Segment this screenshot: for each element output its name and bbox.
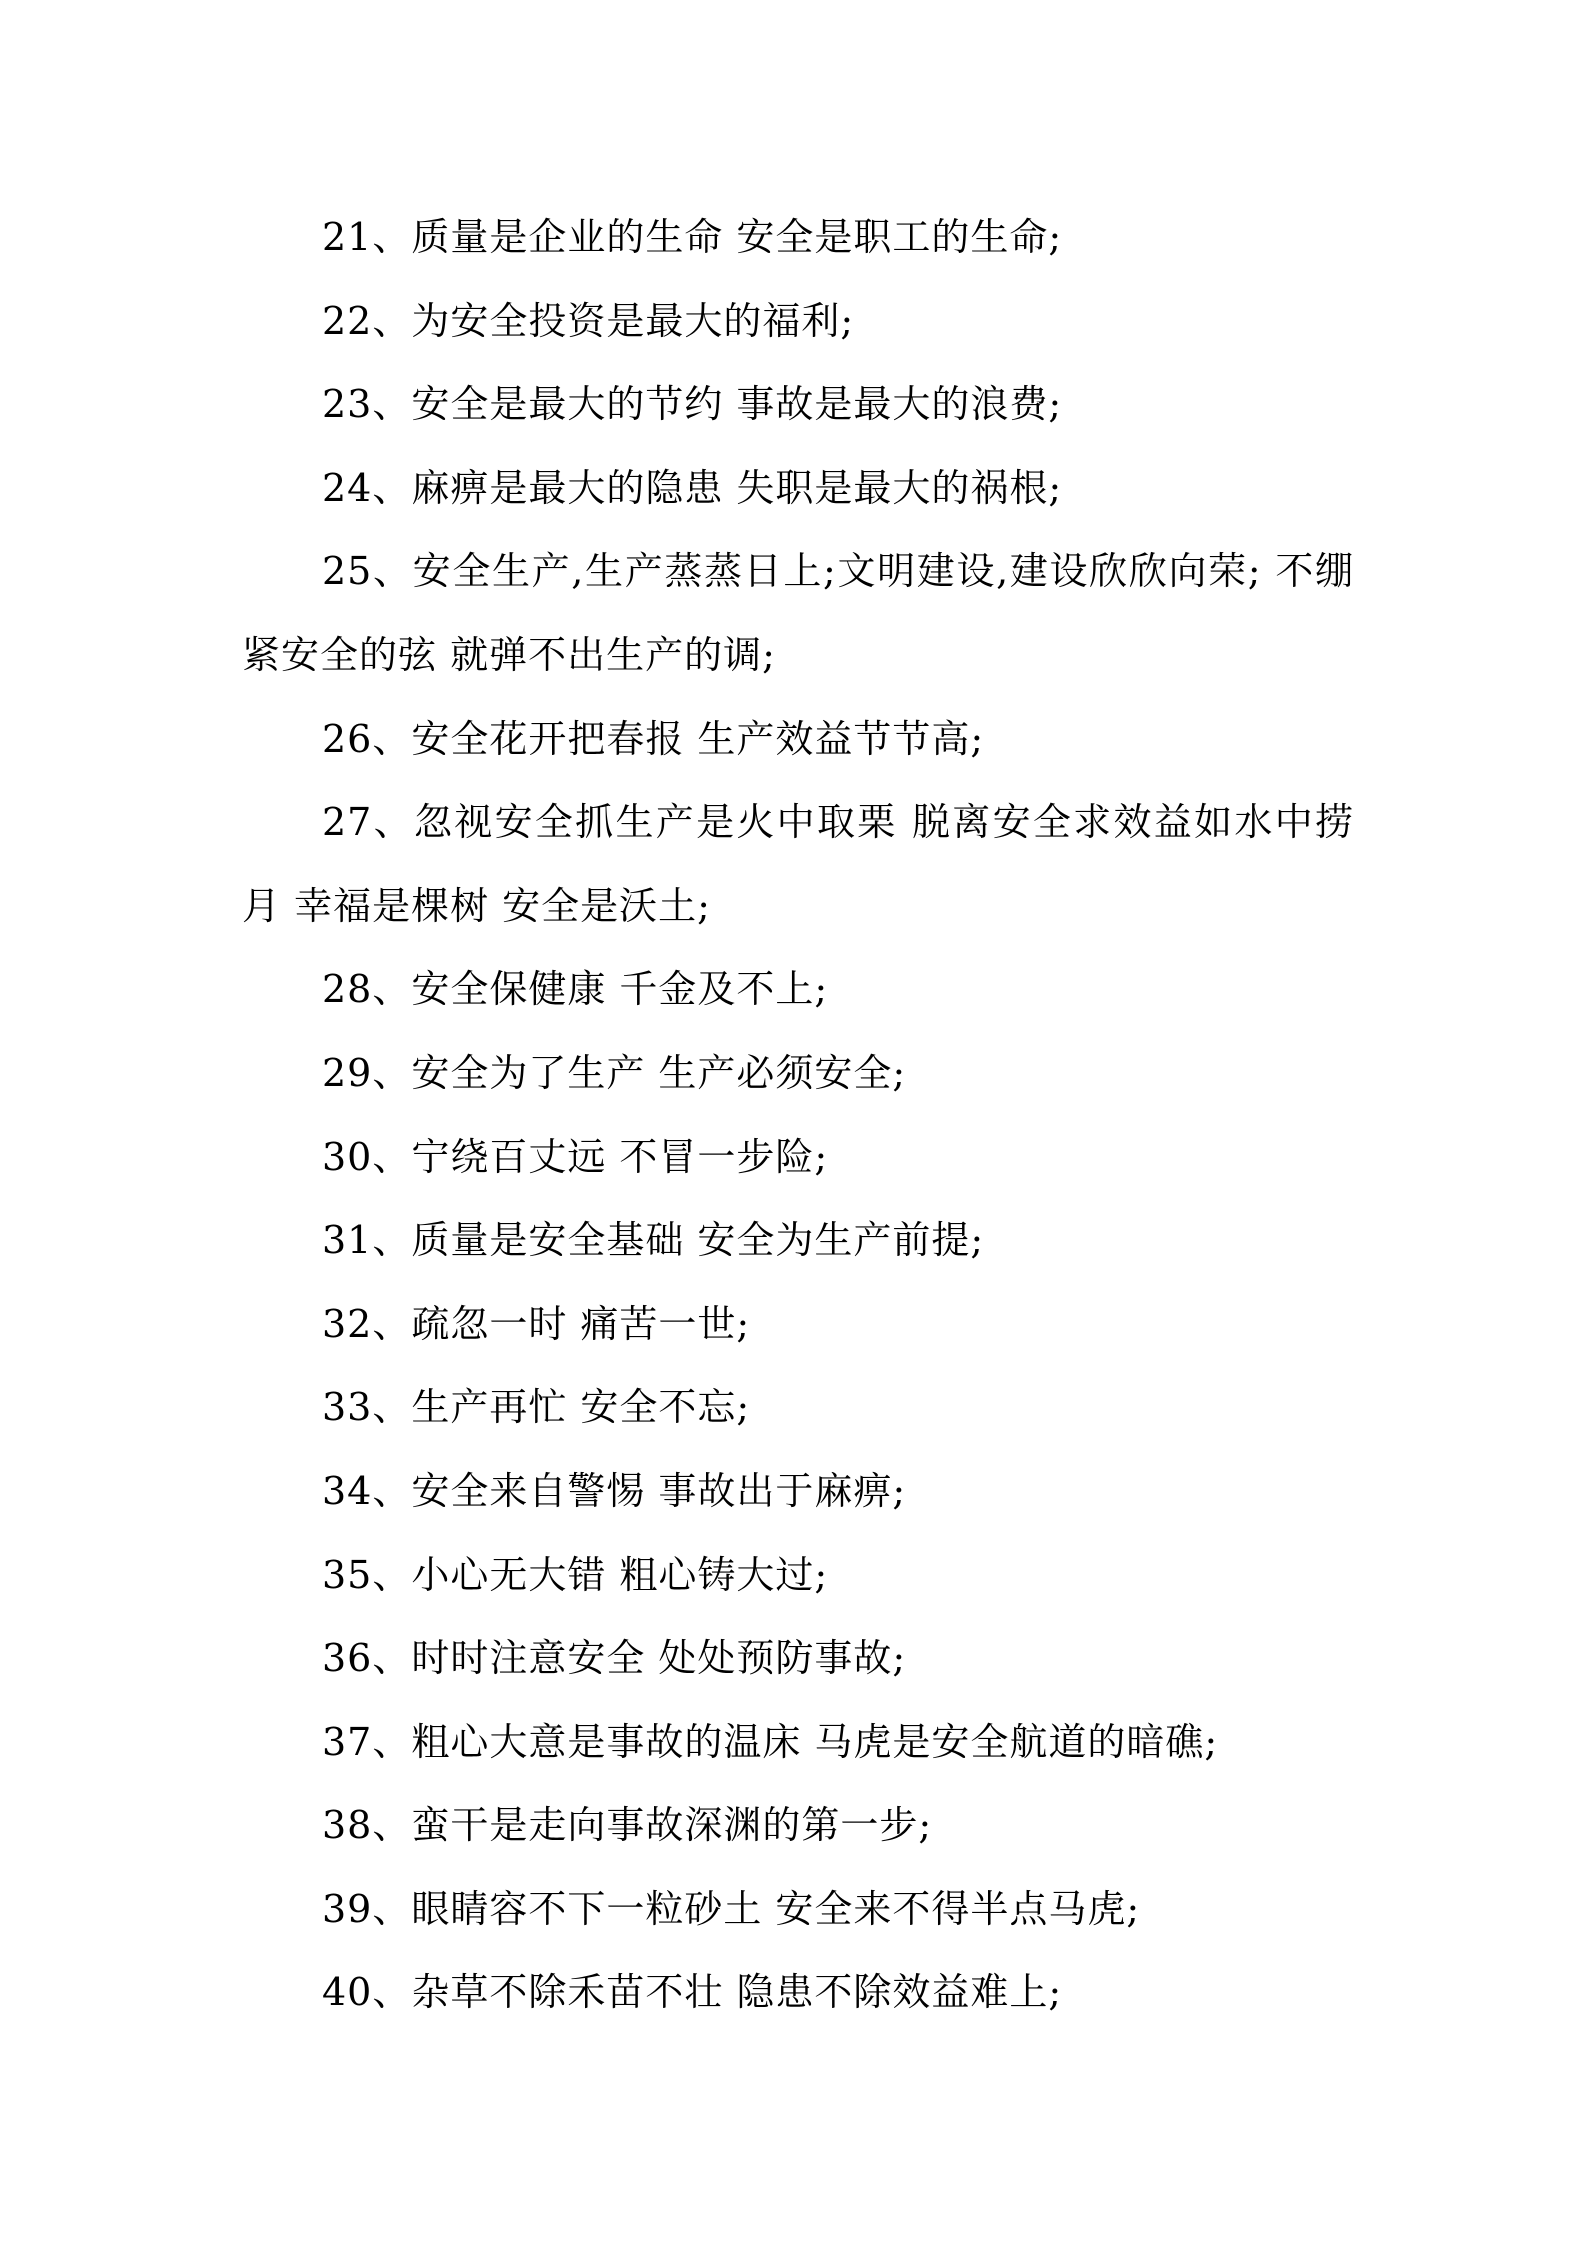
slogan-item-23: 23、安全是最大的节约 事故是最大的浪费;: [242, 363, 1354, 447]
slogan-item-39: 39、眼睛容不下一粒砂土 安全来不得半点马虎;: [242, 1868, 1354, 1952]
slogan-item-25: 25、安全生产,生产蒸蒸日上;文明建设,建设欣欣向荣; 不绷紧安全的弦 就弹不出…: [242, 530, 1354, 697]
slogan-item-36: 36、时时注意安全 处处预防事故;: [242, 1617, 1354, 1701]
slogan-item-26: 26、安全花开把春报 生产效益节节高;: [242, 698, 1354, 782]
slogan-item-37: 37、粗心大意是事故的温床 马虎是安全航道的暗礁;: [242, 1701, 1354, 1785]
slogan-item-40: 40、杂草不除禾苗不壮 隐患不除效益难上;: [242, 1951, 1354, 2035]
slogan-item-31: 31、质量是安全基础 安全为生产前提;: [242, 1199, 1354, 1283]
slogan-item-35: 35、小心无大错 粗心铸大过;: [242, 1534, 1354, 1618]
slogan-item-24: 24、麻痹是最大的隐患 失职是最大的祸根;: [242, 447, 1354, 531]
slogan-item-22: 22、为安全投资是最大的福利;: [242, 280, 1354, 364]
slogan-item-30: 30、宁绕百丈远 不冒一步险;: [242, 1116, 1354, 1200]
slogan-item-29: 29、安全为了生产 生产必须安全;: [242, 1032, 1354, 1116]
document-page: 21、质量是企业的生命 安全是职工的生命; 22、为安全投资是最大的福利; 23…: [242, 196, 1354, 2035]
slogan-item-21: 21、质量是企业的生命 安全是职工的生命;: [242, 196, 1354, 280]
slogan-item-34: 34、安全来自警惕 事故出于麻痹;: [242, 1450, 1354, 1534]
slogan-item-27: 27、忽视安全抓生产是火中取栗 脱离安全求效益如水中捞月 幸福是棵树 安全是沃土…: [242, 781, 1354, 948]
slogan-item-38: 38、蛮干是走向事故深渊的第一步;: [242, 1784, 1354, 1868]
slogan-item-32: 32、疏忽一时 痛苦一世;: [242, 1283, 1354, 1367]
slogan-item-33: 33、生产再忙 安全不忘;: [242, 1366, 1354, 1450]
slogan-item-28: 28、安全保健康 千金及不上;: [242, 948, 1354, 1032]
